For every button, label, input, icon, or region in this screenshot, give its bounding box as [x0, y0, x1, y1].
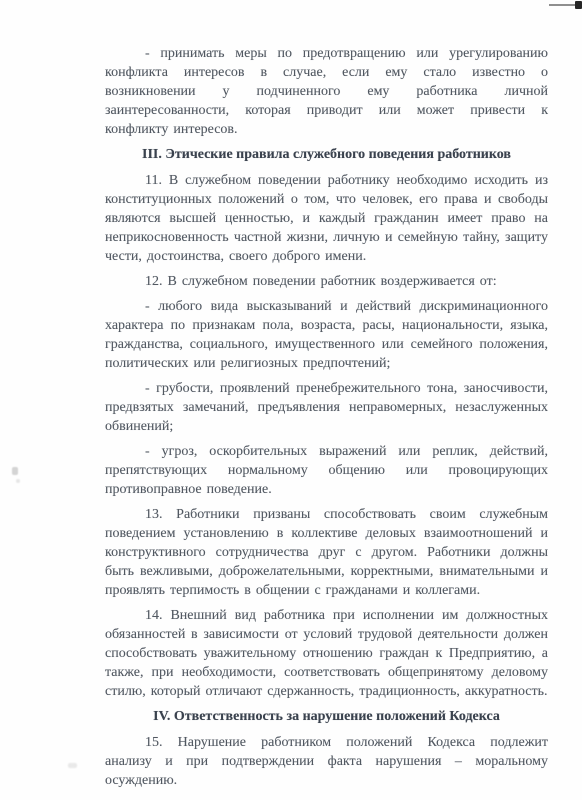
document-text-block: - принимать меры по предотвращению или у… [105, 44, 548, 796]
list-item-conflict-of-interest: - принимать меры по предотвращению или у… [105, 44, 548, 139]
scan-smudge-bottom-artifact [68, 763, 77, 768]
list-item-discrimination: - любого вида высказываний и действий ди… [105, 297, 548, 373]
paragraph-15: 15. Нарушение работником положений Кодек… [105, 733, 548, 790]
scan-smudge-left-small-artifact [16, 479, 20, 483]
paragraph-14: 14. Внешний вид работника при исполнении… [105, 606, 548, 701]
paragraph-13: 13. Работники призваны способствовать св… [105, 505, 548, 600]
document-page: - принимать меры по предотвращению или у… [0, 0, 582, 800]
list-item-rudeness: - грубости, проявлений пренебрежительног… [105, 379, 548, 436]
scan-pen-line-artifact [549, 4, 577, 6]
section-heading-3: III. Этические правила служебного поведе… [105, 145, 548, 164]
paragraph-12: 12. В служебном поведении работник возде… [105, 272, 548, 291]
list-item-threats: - угроз, оскорбительных выражений или ре… [105, 442, 548, 499]
section-heading-4: IV. Ответственность за нарушение положен… [105, 707, 548, 726]
scan-corner-mark-artifact [575, 1, 582, 9]
scan-smudge-left-artifact [12, 467, 18, 475]
paragraph-11: 11. В служебном поведении работнику необ… [105, 171, 548, 266]
